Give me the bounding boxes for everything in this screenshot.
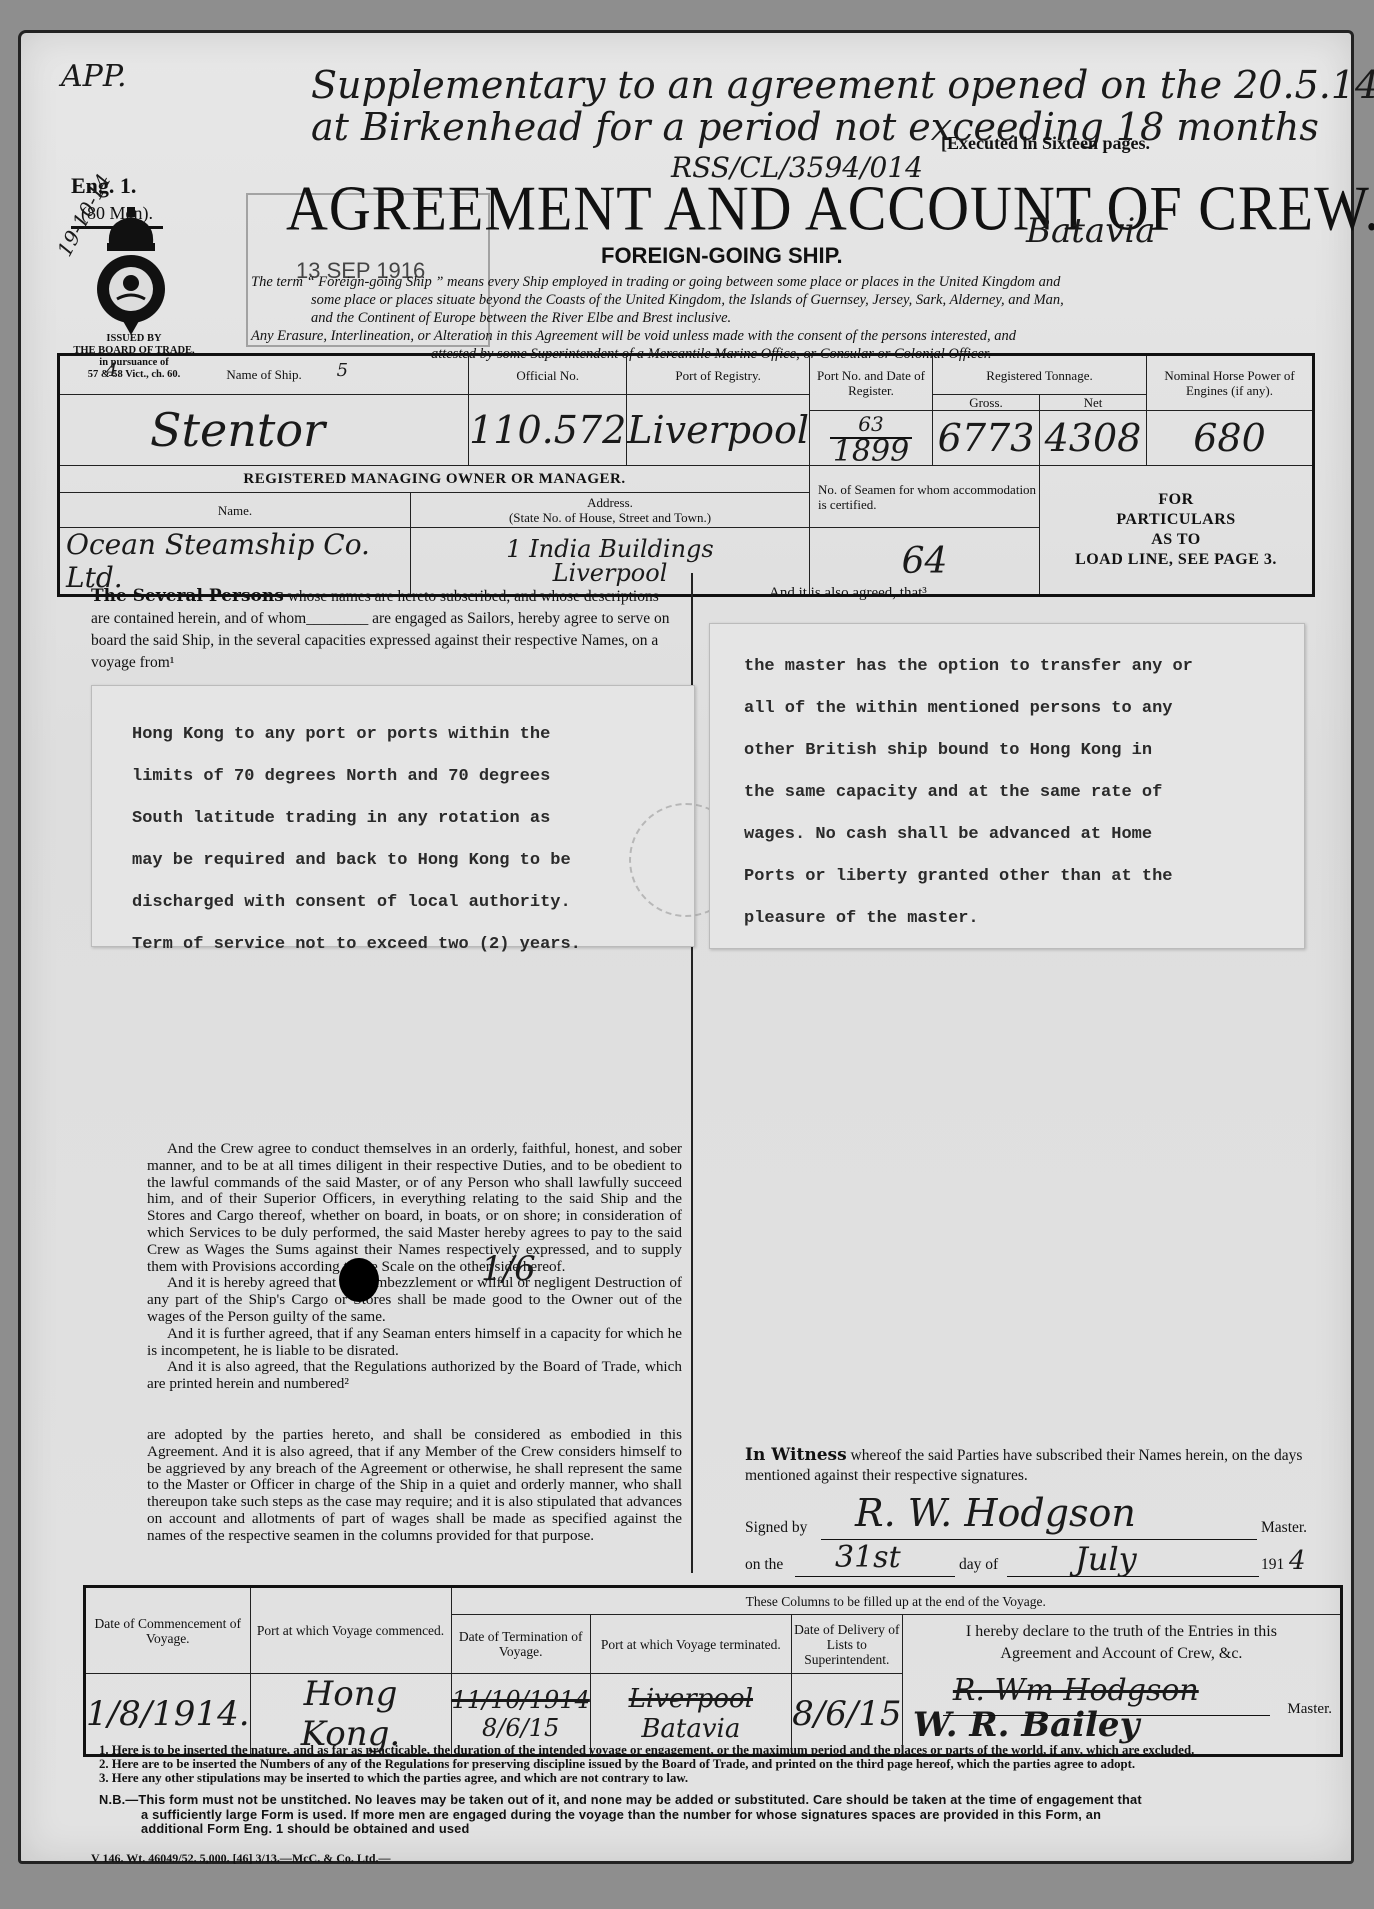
ship-name-value: Stentor <box>59 395 469 466</box>
handwritten-annotation-line1: Supplementary to an agreement opened on … <box>311 63 1374 107</box>
signing-year-suffix: 4 <box>1289 1546 1306 1576</box>
document-title: AGREEMENT AND ACCOUNT OF CREW. <box>286 171 1374 245</box>
nb-note: N.B.—This form must not be unstitched. N… <box>99 1793 1349 1837</box>
net-value: 4308 <box>1040 411 1147 466</box>
owner-name-header: Name. <box>59 493 411 528</box>
port-terminated-header: Port at which Voyage terminated. <box>590 1615 791 1674</box>
voyage-record-table: Date of Commencement of Voyage. Port at … <box>83 1585 1343 1757</box>
owner-address-header: Address. (State No. of House, Street and… <box>411 493 810 528</box>
executed-note: [Executed in Sixteen pages. <box>941 133 1150 154</box>
definition-text: The term “ Foreign-going Ship ” means ev… <box>251 273 1271 363</box>
witness-clause: In Witness whereof the said Parties have… <box>745 1445 1325 1486</box>
load-line-note: FOR PARTICULARS AS TO LOAD LINE, SEE PAG… <box>1040 466 1314 596</box>
printer-line: V 146. Wt. 46049/52. 5,000. [46] 3/13.—M… <box>91 1851 391 1866</box>
stipulations-box: the master has the option to transfer an… <box>709 623 1305 949</box>
replacement-master-signature: W. R. Bailey <box>913 1705 1139 1745</box>
port-commenced-header: Port at which Voyage commenced. <box>250 1587 451 1674</box>
gross-value: 6773 <box>933 411 1040 466</box>
official-no-value: 110.572 <box>469 395 627 466</box>
persons-clause: The Several Persons whose names are here… <box>91 585 681 674</box>
gross-header: Gross. <box>933 395 1040 411</box>
signing-month: July <box>1075 1540 1137 1578</box>
end-of-voyage-note: These Columns to be filled up at the end… <box>451 1587 1341 1615</box>
port-no-date-value: 63 1899 <box>810 411 933 466</box>
seamen-count-header: No. of Seamen for whom accommodation is … <box>810 466 1040 528</box>
port-of-registry-header: Port of Registry. <box>627 355 810 395</box>
ink-blot <box>339 1258 379 1302</box>
port-no-header: Port No. and Date of Register. <box>810 355 933 411</box>
crew-clauses: And the Crew agree to conduct themselves… <box>147 1141 682 1545</box>
horse-power-header: Nominal Horse Power of Engines (if any). <box>1147 355 1314 411</box>
title-annotation: Batavia <box>1026 211 1156 251</box>
regulations-numbered-value: 1/6 <box>481 1249 536 1289</box>
document-subtitle: FOREIGN-GOING SHIP. <box>601 243 843 269</box>
tonnage-header: Registered Tonnage. <box>933 355 1147 395</box>
signed-by-row: Signed by R. W. Hodgson Master. <box>745 1513 1325 1543</box>
master-signature: R. W. Hodgson <box>855 1491 1136 1535</box>
handwritten-annotation-line2: at Birkenhead for a period not exceeding… <box>311 105 1319 149</box>
date-termination-header: Date of Termination of Voyage. <box>451 1615 590 1674</box>
signing-day: 31st <box>835 1540 901 1575</box>
date-commencement-header: Date of Commencement of Voyage. <box>85 1587 251 1674</box>
official-no-header: Official No. <box>469 355 627 395</box>
ship-particulars-table: 4 Name of Ship. 5 Official No. Port of R… <box>57 353 1315 597</box>
also-agreed-label: And it is also agreed, that³ <box>769 585 927 602</box>
struck-master-signature: R. Wm Hodgson <box>953 1673 1199 1708</box>
footnotes: 1. Here is to be inserted the nature, an… <box>99 1743 1339 1785</box>
royal-crest-icon <box>91 203 171 343</box>
name-of-ship-header: 4 Name of Ship. 5 <box>59 355 469 395</box>
net-header: Net <box>1040 395 1147 411</box>
signing-date-row: on the 31st day of July 191 4 <box>745 1548 1325 1578</box>
voyage-description-box: Hong Kong to any port or ports within th… <box>91 685 695 947</box>
owner-section-header: REGISTERED MANAGING OWNER OR MANAGER. <box>59 466 810 493</box>
master-declaration: I hereby declare to the truth of the Ent… <box>902 1615 1341 1756</box>
app-initials: APP. <box>61 59 127 94</box>
port-of-registry-value: Liverpool <box>627 395 810 466</box>
horse-power-value: 680 <box>1147 411 1314 466</box>
document-page: APP. Supplementary to an agreement opene… <box>18 30 1354 1864</box>
date-delivery-header: Date of Delivery of Lists to Superintend… <box>791 1615 902 1674</box>
